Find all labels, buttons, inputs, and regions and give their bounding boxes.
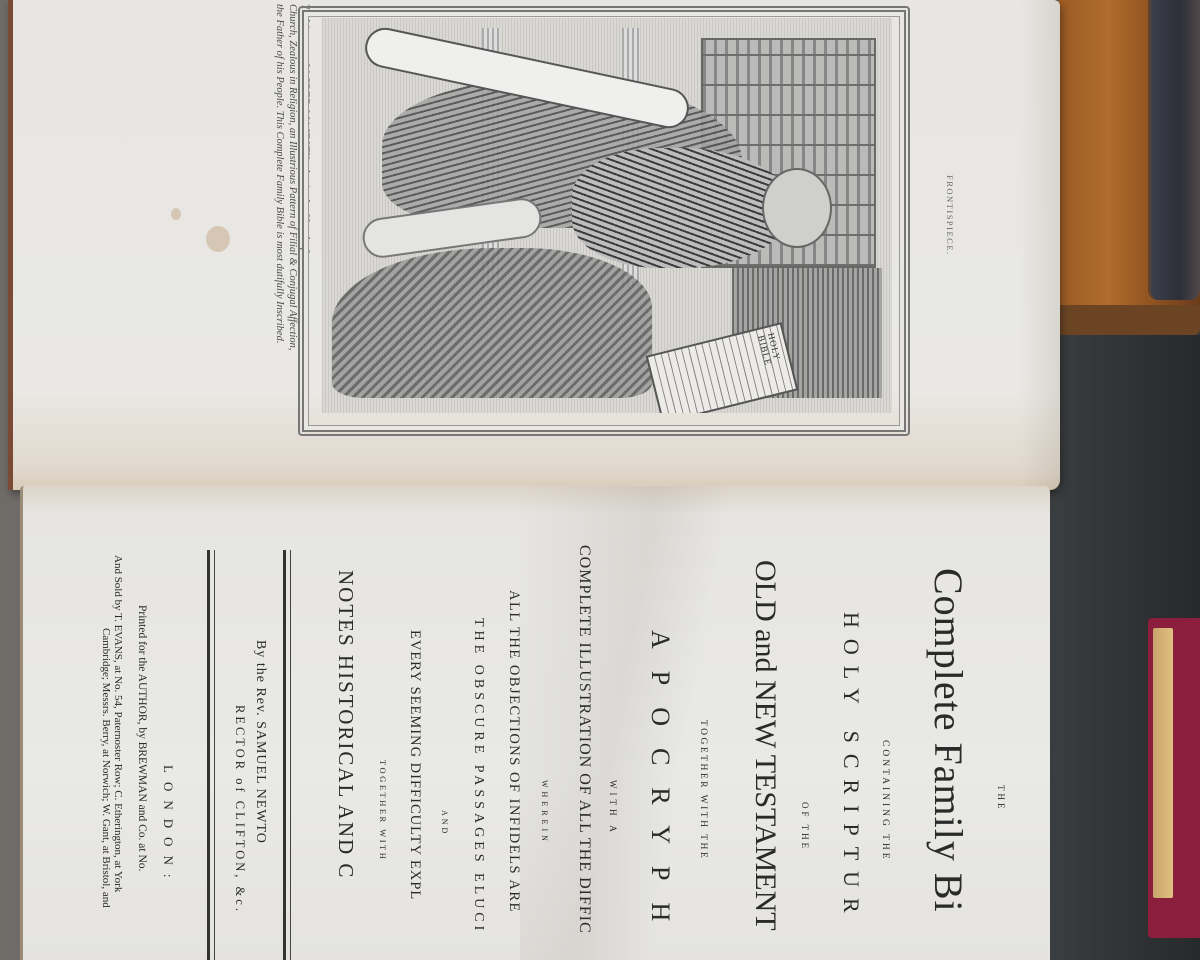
- bible-label: HOLY BIBLE: [756, 332, 790, 395]
- open-bible: HOLY BIBLE: [646, 322, 799, 413]
- author-line: By the Rev. SAMUEL NEWTO: [252, 640, 268, 844]
- notes-historical-line: NOTES HISTORICAL AND C: [333, 570, 358, 879]
- double-rule: [283, 550, 291, 960]
- book-title: Complete Family Bi: [925, 568, 972, 913]
- and-line: AND: [440, 810, 449, 836]
- obscure-passages-line: THE OBSCURE PASSAGES ELUCI: [470, 618, 486, 934]
- every-seeming-line: EVERY SEEMING DIFFICULTY EXPL: [406, 630, 423, 900]
- imprint-sold-by: And Sold by T. EVANS, at No. 54, Paterno…: [112, 555, 124, 892]
- wherein-line: WHEREIN: [540, 780, 549, 845]
- dedication-line: the Father of his People. This Complete …: [273, 4, 286, 474]
- foxing-stain: [206, 226, 230, 252]
- complete-illustration-line: COMPLETE ILLUSTRATION OF ALL THE DIFFIC: [575, 545, 593, 934]
- double-rule: [207, 550, 215, 960]
- together-with-the-line: TOGETHER WITH THE: [698, 720, 708, 860]
- title-the: THE: [996, 785, 1006, 812]
- imprint-booksellers: Cambridge; Messrs. Berry, at Norwich; W.…: [100, 628, 112, 908]
- together-with-line: TOGETHER WITH: [378, 760, 388, 861]
- figure-head: [762, 168, 832, 248]
- of-the-line: OF THE: [800, 802, 810, 851]
- imprint-city: LONDON:: [160, 765, 176, 887]
- drapery: [332, 248, 652, 398]
- with-a-line: WITH A: [608, 780, 618, 836]
- holy-scriptures-line: HOLY SCRIPTUR: [838, 612, 864, 924]
- foxing-stain: [171, 208, 181, 220]
- figure-body: [572, 148, 792, 268]
- containing-line: CONTAINING THE: [880, 740, 890, 862]
- red-book-gilt-pages: [1153, 628, 1173, 898]
- imprint-printed-for: Printed for the AUTHOR, by BREWMAN and C…: [136, 605, 148, 871]
- objections-line: ALL THE OBJECTIONS OF INFIDELS ARE: [505, 590, 522, 913]
- engraving-illustration: HOLY BIBLE: [322, 18, 892, 413]
- dark-leather-book: [1148, 0, 1200, 300]
- old-new-testament-line: OLD and NEW TESTAMENT: [748, 560, 782, 931]
- apocrypha-line: APOCRYPH: [645, 630, 675, 943]
- rector-line: RECTOR of CLIFTON, &c.: [232, 705, 247, 914]
- frontispiece-label: FRONTISPIECE.: [945, 175, 955, 256]
